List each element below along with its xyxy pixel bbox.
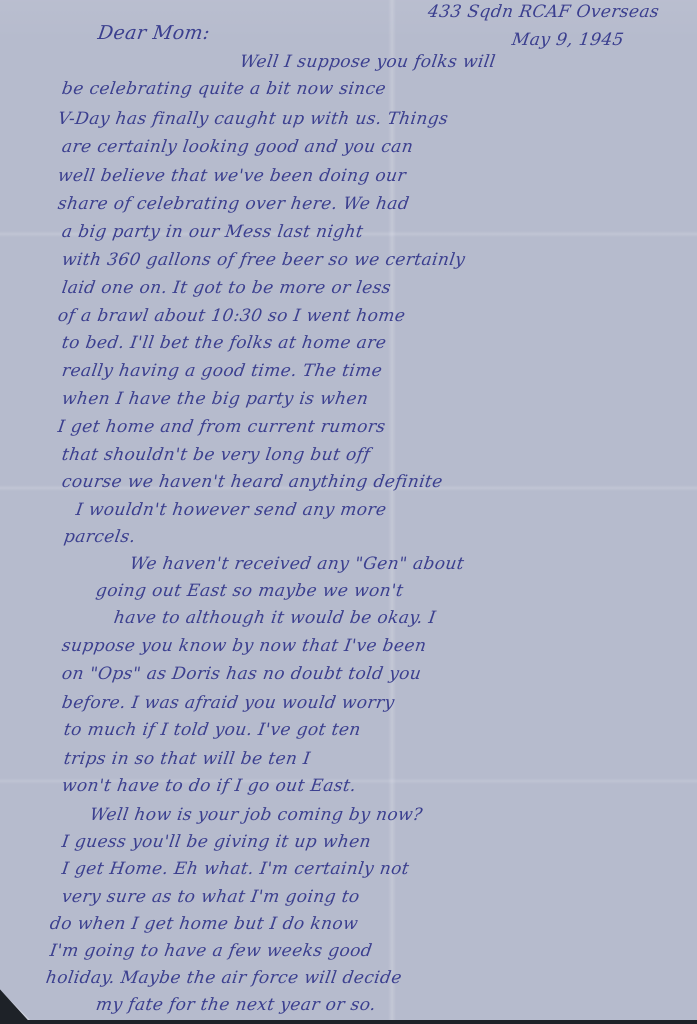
letter-line: Well I suppose you folks will: [239, 52, 497, 72]
salutation: Dear Mom:: [96, 22, 211, 44]
letter-line: before. I was afraid you would worry: [61, 693, 396, 713]
letter-line: a big party in our Mess last night: [61, 222, 365, 242]
letter-line: do when I get home but I do know: [49, 914, 360, 934]
letter-line: I'm going to have a few weeks good: [49, 941, 374, 961]
letter-line: laid one on. It got to be more or less: [61, 278, 393, 298]
letter-line: on "Ops" as Doris has no doubt told you: [61, 664, 423, 684]
letter-line: of a brawl about 10:30 so I went home: [57, 306, 407, 326]
letter-line: are certainly looking good and you can: [61, 137, 415, 157]
letter-paper: 433 Sqdn RCAF Overseas May 9, 1945 Dear …: [0, 0, 697, 1020]
letter-line: I get Home. Eh what. I'm certainly not: [61, 859, 411, 879]
letter-line: I guess you'll be giving it up when: [61, 832, 373, 852]
letter-line: with 360 gallons of free beer so we cert…: [61, 250, 467, 270]
letter-line: trips in so that will be ten I: [63, 749, 312, 769]
letter-line: really having a good time. The time: [61, 361, 384, 381]
letter-line: holiday. Maybe the air force will decide: [45, 968, 404, 988]
letter-line: going out East so maybe we won't: [95, 581, 405, 601]
letter-line: share of celebrating over here. We had: [57, 194, 411, 214]
letter-line: suppose you know by now that I've been: [61, 636, 428, 656]
letter-line: I get home and from current rumors: [57, 417, 387, 437]
letter-date: May 9, 1945: [511, 30, 626, 50]
letter-line: to much if I told you. I've got ten: [63, 720, 363, 740]
letter-line: course we haven't heard anything definit…: [61, 472, 445, 492]
letter-line: that shouldn't be very long but off: [61, 445, 372, 465]
letter-line: V-Day has finally caught up with us. Thi…: [57, 109, 450, 129]
folded-corner: [0, 990, 30, 1020]
letter-line: I wouldn't however send any more: [75, 500, 388, 520]
letter-line: when I have the big party is when: [61, 389, 370, 409]
letter-line: be celebrating quite a bit now since: [61, 79, 388, 99]
letter-line: well believe that we've been doing our: [57, 166, 408, 186]
letter-line: my fate for the next year or so.: [95, 995, 378, 1015]
letter-line: won't have to do if I go out East.: [61, 776, 358, 796]
return-address: 433 Sqdn RCAF Overseas: [427, 2, 661, 22]
letter-line: have to although it would be okay. I: [113, 608, 438, 628]
letter-line: very sure as to what I'm going to: [61, 887, 361, 907]
letter-line: We haven't received any "Gen" about: [129, 554, 466, 574]
letter-line: to bed. I'll bet the folks at home are: [61, 333, 388, 353]
letter-line: parcels.: [63, 527, 137, 547]
letter-line: Well how is your job coming by now?: [89, 805, 424, 825]
